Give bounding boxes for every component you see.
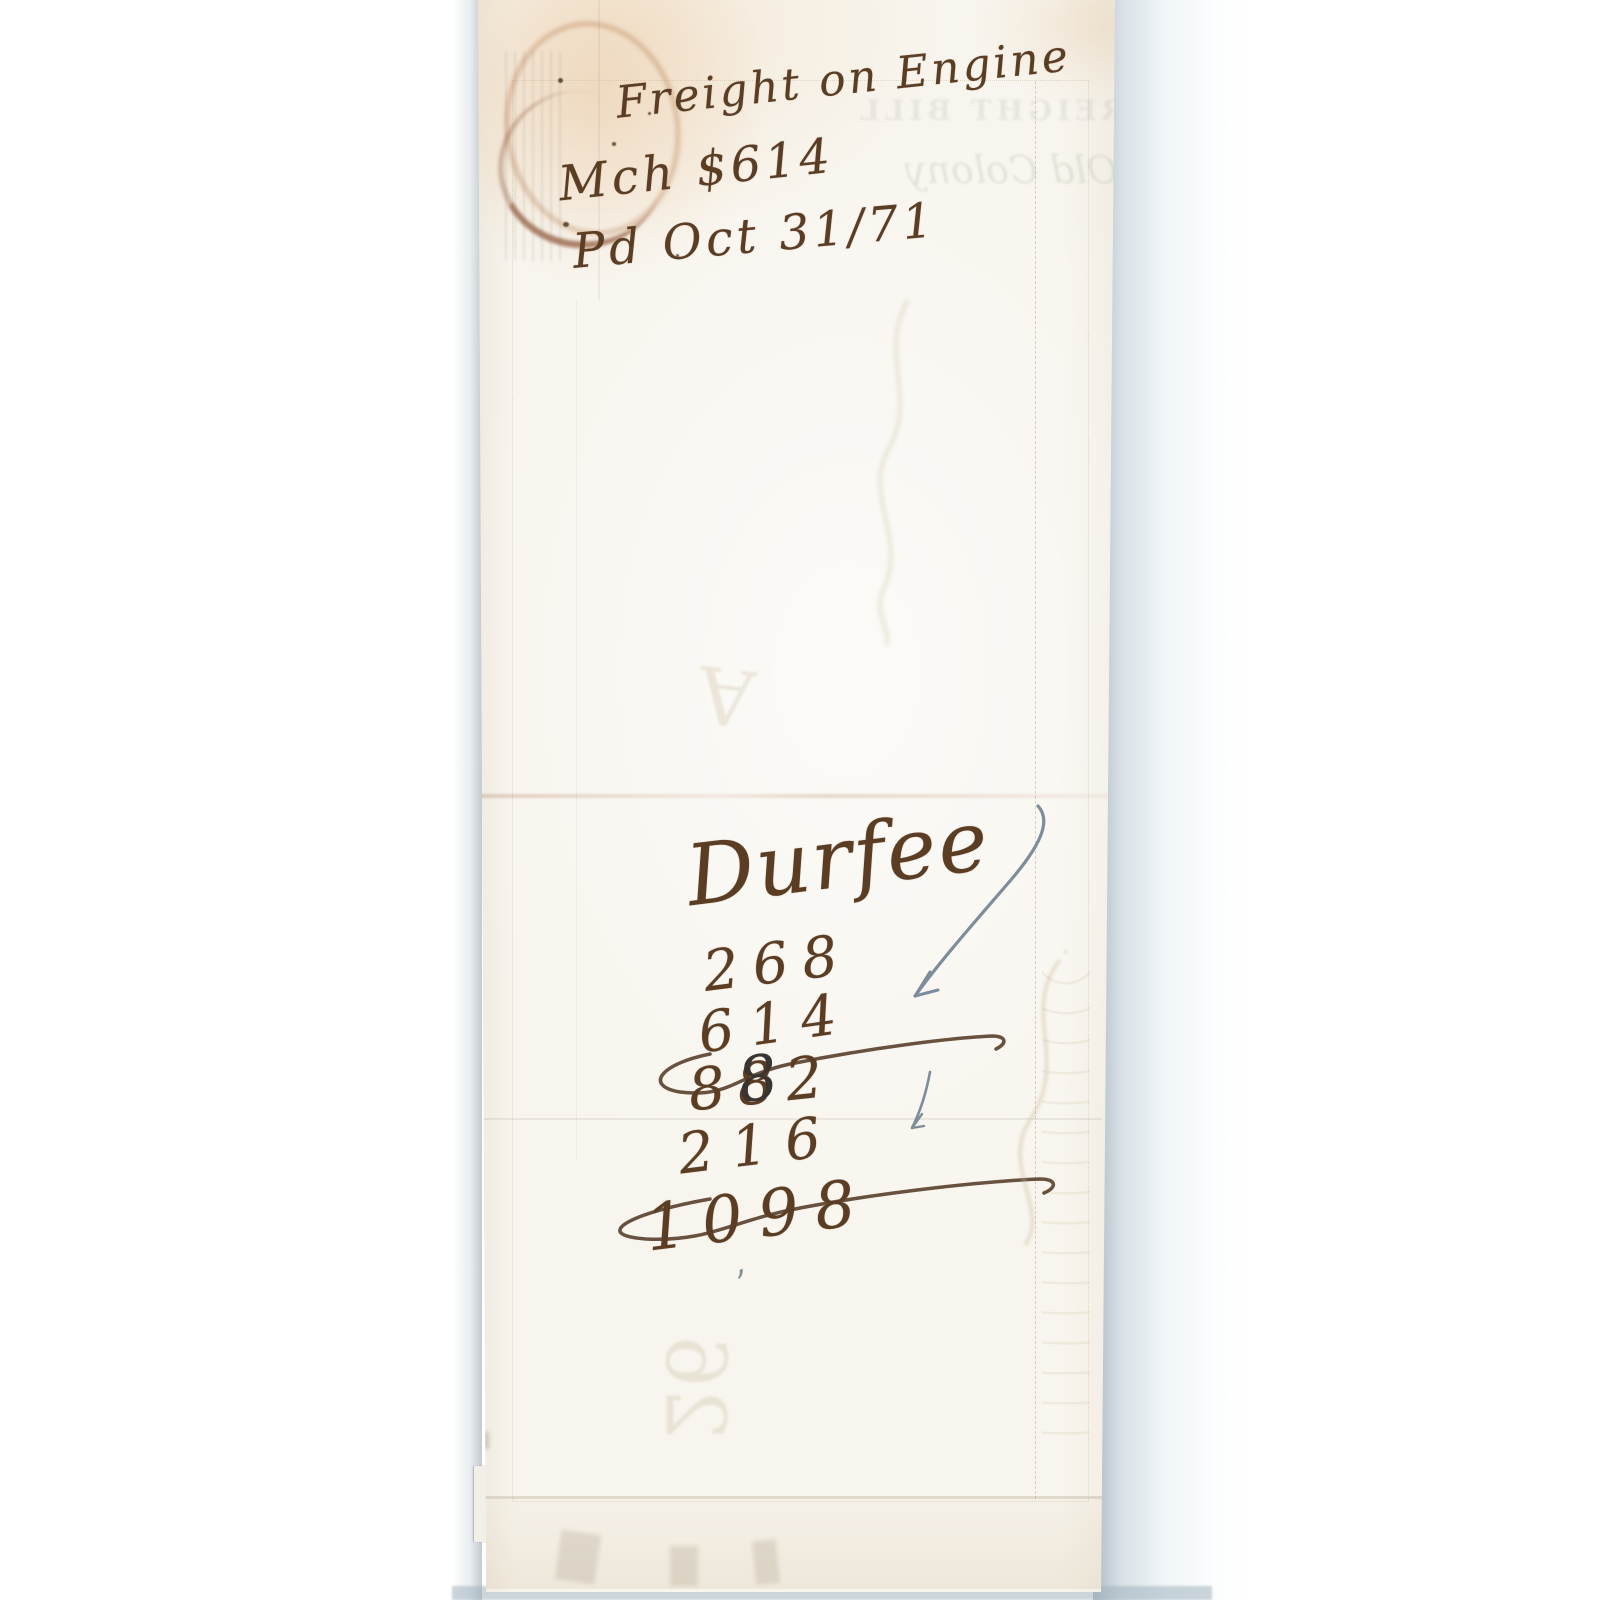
stain-speckle xyxy=(563,222,569,227)
fold-crease-wedge xyxy=(555,1529,602,1584)
scan-shadow-left xyxy=(452,0,482,1600)
edge-notch xyxy=(482,1432,489,1449)
calc-subtotal-overwritten-digit: 8 xyxy=(734,1046,782,1113)
ghost-header-script-text: Old Colony xyxy=(905,148,1118,192)
stain-speckle xyxy=(612,142,616,146)
vertical-crease-mid xyxy=(576,300,577,1160)
pencil-ghost-flourish xyxy=(980,950,1080,1250)
scan-shadow-right xyxy=(1093,0,1253,1600)
paper-sheet: FREIGHT BILL Old Colony A 26 Freight on … xyxy=(470,0,1120,1596)
scan-canvas: FREIGHT BILL Old Colony A 26 Freight on … xyxy=(0,0,1600,1600)
stain-speckle xyxy=(558,78,563,83)
ghost-bottom-digits: 26 xyxy=(647,1335,742,1439)
fold-crease-wedge xyxy=(670,1546,698,1586)
ghost-large-letter: A xyxy=(693,647,760,743)
ghost-cursive-squiggle xyxy=(848,290,938,650)
fold-crease-wedge xyxy=(752,1539,780,1585)
pencil-arrow-small xyxy=(900,1066,948,1138)
